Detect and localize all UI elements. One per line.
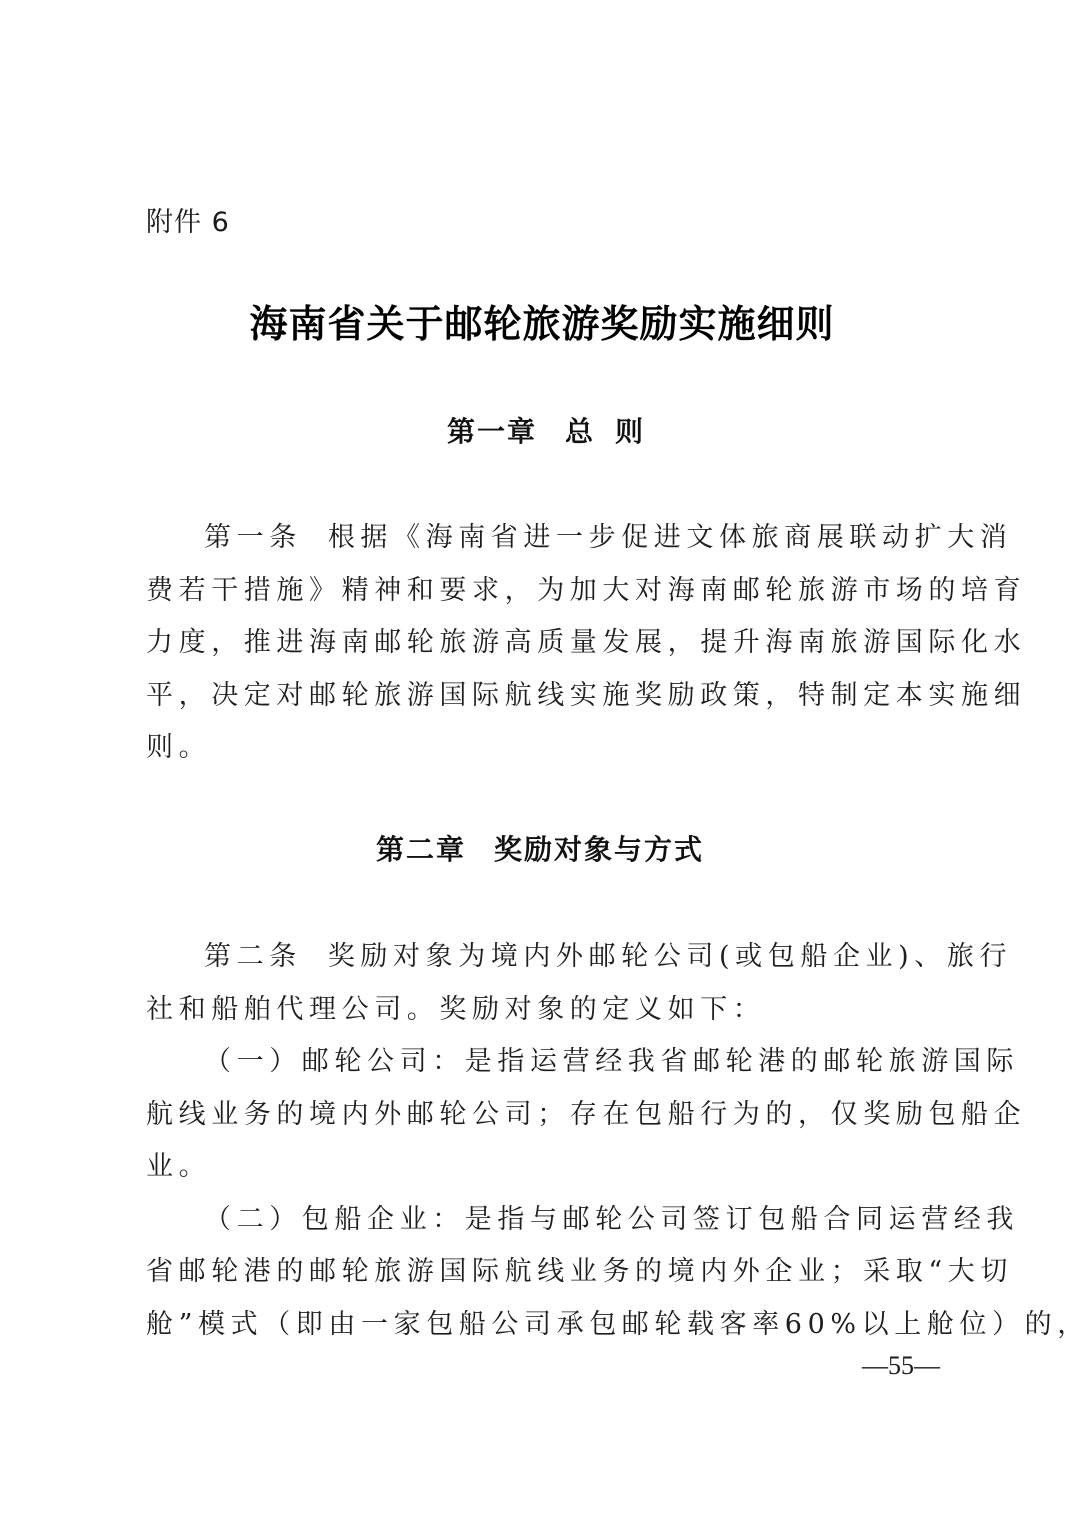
article-2-number: 第二条 [204,941,302,972]
chapter-1-number: 第一章 [447,415,537,448]
document-page: 附件 6 海南省关于邮轮旅游奖励实施细则 第一章总则 第一条根据《海南省进一步促… [0,0,1080,1527]
page-number: —55— [862,1350,940,1382]
article-1-line-4: 平，决定对邮轮旅游国际航线实施奖励政策，特制定本实施细 [146,670,940,723]
item-2-line-2: 省邮轮港的邮轮旅游国际航线业务的境内外企业；采取“大切 [146,1246,940,1299]
chapter-2-heading: 第二章奖励对象与方式 [0,830,1080,870]
chapter-1-heading: 第一章总则 [0,412,1080,452]
article-1-line-3: 力度，推进海南邮轮旅游高质量发展，提升海南旅游国际化水 [146,617,940,670]
item-1-line-1: （一）邮轮公司：是指运营经我省邮轮港的邮轮旅游国际 [146,1036,940,1089]
article-1-number: 第一条 [204,522,302,553]
chapter-2-title: 奖励对象与方式 [494,833,704,866]
item-1-line-3: 业。 [146,1141,940,1194]
article-1-line-2: 费若干措施》精神和要求，为加大对海南邮轮旅游市场的培育 [146,565,940,618]
article-2: 第二条奖励对象为境内外邮轮公司(或包船企业)、旅行 社和船舶代理公司。奖励对象的… [146,931,940,1351]
item-2-line-1: （二）包船企业：是指与邮轮公司签订包船合同运营经我 [146,1194,940,1247]
item-1-line-2: 航线业务的境内外邮轮公司；存在包船行为的，仅奖励包船企 [146,1089,940,1142]
article-2-line-1: 第二条奖励对象为境内外邮轮公司(或包船企业)、旅行 [146,931,940,984]
chapter-1-title-part2: 则 [615,415,645,448]
document-title: 海南省关于邮轮旅游奖励实施细则 [0,296,1080,352]
article-1-line-1: 第一条根据《海南省进一步促进文体旅商展联动扩大消 [146,512,940,565]
article-1-line-5: 则。 [146,722,940,775]
item-2-line-3: 舱”模式（即由一家包船公司承包邮轮载客率60%以上舱位）的， [146,1299,940,1352]
attachment-label: 附件 6 [146,203,230,243]
article-2-line-2: 社和船舶代理公司。奖励对象的定义如下： [146,984,940,1037]
chapter-1-title-part1: 总 [565,415,595,448]
chapter-2-number: 第二章 [376,833,466,866]
article-1: 第一条根据《海南省进一步促进文体旅商展联动扩大消 费若干措施》精神和要求，为加大… [146,512,940,775]
